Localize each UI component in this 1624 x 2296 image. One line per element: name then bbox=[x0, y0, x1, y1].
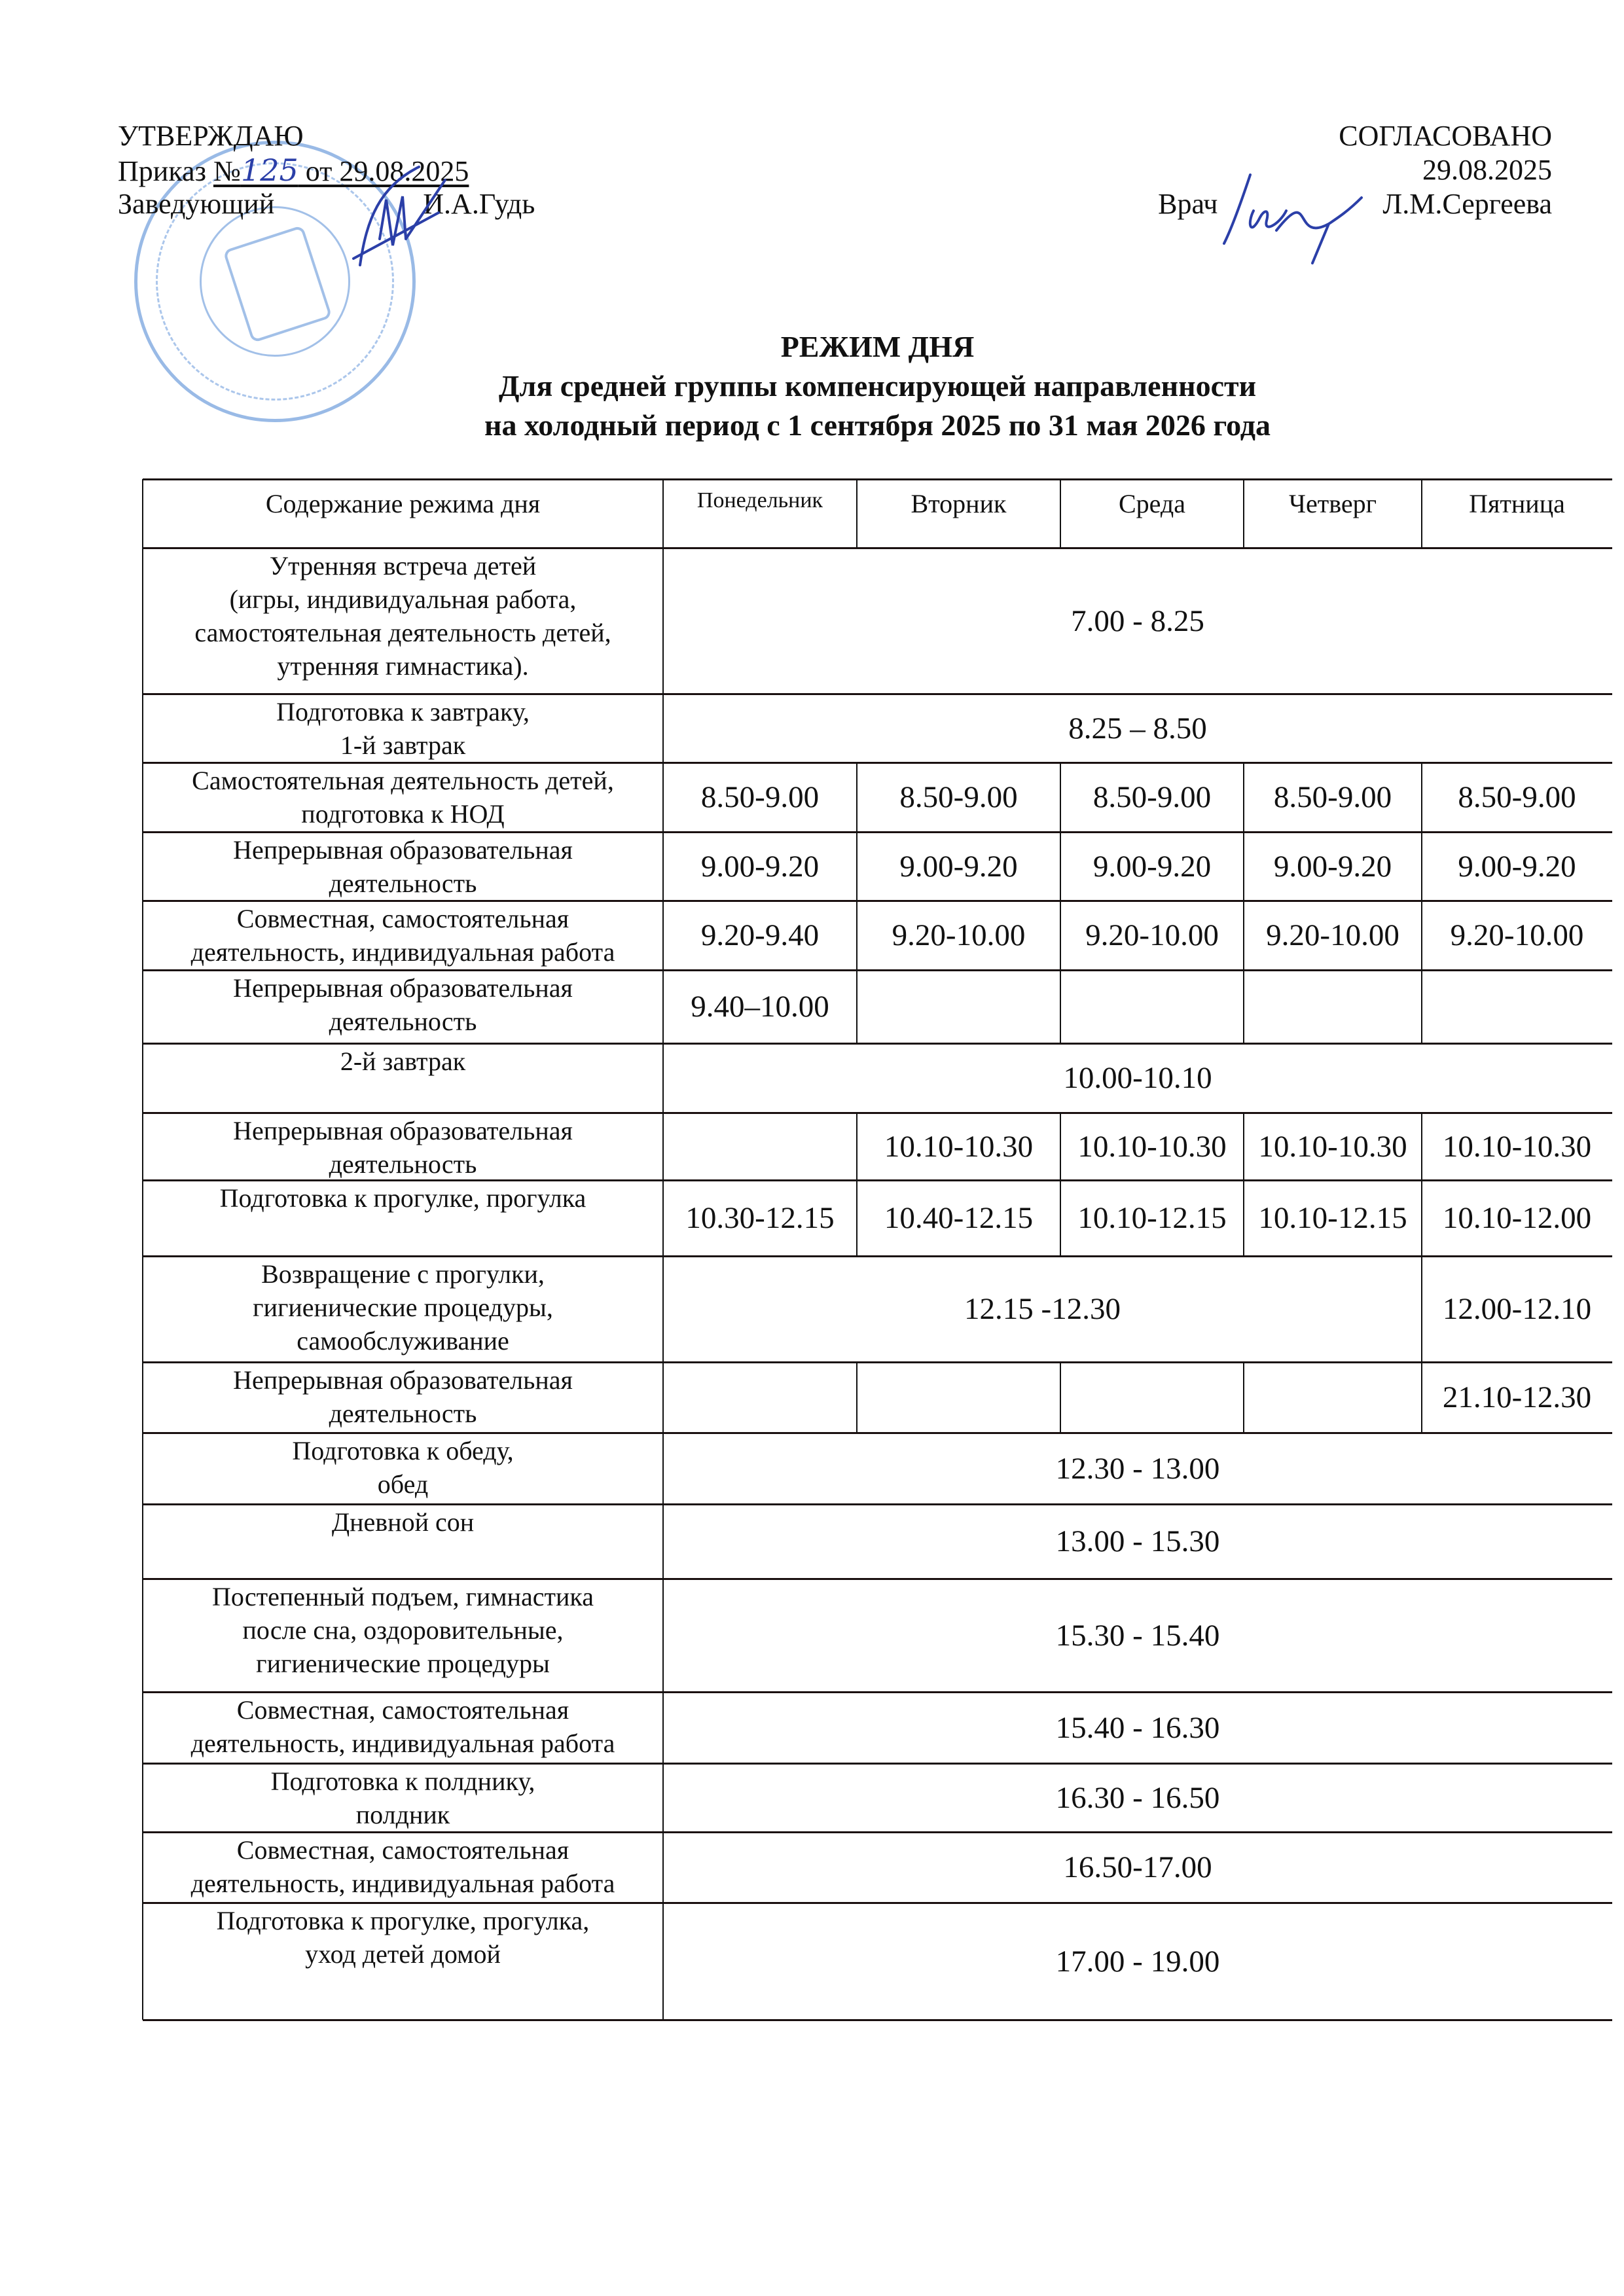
approval-block: УТВЕРЖДАЮ Приказ №125 от 29.08.2025 Заве… bbox=[118, 119, 535, 221]
column-header-day-text: Четверг bbox=[1289, 488, 1377, 519]
activity-label-text: Подготовка к прогулке, прогулка, уход де… bbox=[217, 1904, 590, 1971]
time-cell-text: 9.20-9.40 bbox=[701, 918, 819, 953]
activity-label: Непрерывная образовательная деятельность bbox=[143, 970, 663, 1043]
column-header-day: Пятница bbox=[1422, 479, 1612, 548]
time-cell-text: 8.50-9.00 bbox=[1458, 780, 1576, 815]
time-cell: 9.20-10.00 bbox=[1060, 901, 1244, 970]
time-cell: 9.00-9.20 bbox=[1422, 832, 1612, 901]
table-column-border bbox=[1421, 832, 1422, 901]
table-column-border bbox=[1060, 1362, 1061, 1433]
activity-label-text: Самостоятельная деятельность детей, подг… bbox=[192, 764, 614, 831]
time-cell: 9.40–10.00 bbox=[663, 970, 857, 1043]
table-column-border bbox=[1243, 832, 1244, 901]
activity-label-text: Совместная, самостоятельная деятельность… bbox=[191, 1833, 615, 1900]
activity-label-text: Совместная, самостоятельная деятельность… bbox=[191, 1693, 615, 1760]
activity-label: Возвращение с прогулки, гигиенические пр… bbox=[143, 1256, 663, 1362]
time-cell-text: 10.10-12.15 bbox=[1077, 1200, 1226, 1236]
time-cell: 9.20-10.00 bbox=[857, 901, 1060, 970]
time-cell: 8.50-9.00 bbox=[1422, 762, 1612, 832]
time-all-days: 8.25 – 8.50 bbox=[663, 694, 1612, 762]
time-all-days: 15.40 - 16.30 bbox=[663, 1692, 1612, 1763]
time-cell-text: 10.10-10.30 bbox=[884, 1129, 1033, 1164]
table-column-border bbox=[1060, 1113, 1061, 1180]
column-header-day: Четверг bbox=[1244, 479, 1422, 548]
page-title: РЕЖИМ ДНЯ bbox=[143, 327, 1612, 367]
time-cell: 10.10-10.30 bbox=[1060, 1113, 1244, 1180]
activity-label-text: Подготовка к обеду, обед bbox=[292, 1434, 513, 1501]
column-header-day-text: Вторник bbox=[911, 488, 1007, 519]
activity-label: Непрерывная образовательная деятельность bbox=[143, 1362, 663, 1433]
table-column-border bbox=[1243, 1113, 1244, 1180]
table-column-border bbox=[1060, 1180, 1061, 1256]
time-cell-text: 9.20-10.00 bbox=[1451, 918, 1584, 953]
time-all-days: 16.30 - 16.50 bbox=[663, 1763, 1612, 1832]
page-subtitle-period: на холодный период с 1 сентября 2025 по … bbox=[143, 406, 1612, 445]
table-column-border bbox=[1421, 1180, 1422, 1256]
time-cell-text: 10.10-12.00 bbox=[1443, 1200, 1591, 1236]
time-all-days-text: 8.25 – 8.50 bbox=[1068, 711, 1207, 746]
time-cell bbox=[663, 1113, 857, 1180]
time-all-days: 7.00 - 8.25 bbox=[663, 548, 1612, 694]
table-column-border bbox=[1421, 1362, 1422, 1433]
activity-label-text: Возвращение с прогулки, гигиенические пр… bbox=[253, 1257, 553, 1357]
order-number-handwritten: 125 bbox=[241, 152, 298, 188]
time-cell: 9.00-9.20 bbox=[663, 832, 857, 901]
table-column-border bbox=[856, 832, 857, 901]
table-column-border bbox=[1243, 762, 1244, 832]
time-all-days-text: 17.00 - 19.00 bbox=[1056, 1944, 1220, 1979]
activity-label-text: Подготовка к полднику, полдник bbox=[271, 1765, 535, 1831]
table-column-border bbox=[856, 901, 857, 970]
table-column-border bbox=[1421, 1113, 1422, 1180]
time-cell: 21.10-12.30 bbox=[1422, 1362, 1612, 1433]
time-mon-thu: 12.15 -12.30 bbox=[663, 1256, 1422, 1362]
column-header-activity-text: Содержание режима дня bbox=[266, 488, 540, 519]
time-fri-text: 12.00-12.10 bbox=[1443, 1291, 1591, 1327]
table-column-border bbox=[1243, 901, 1244, 970]
table-column-border bbox=[1421, 479, 1422, 548]
coat-of-arms-icon bbox=[223, 225, 332, 343]
time-all-days: 13.00 - 15.30 bbox=[663, 1504, 1612, 1579]
doctor-name: Л.М.Сергеева bbox=[1382, 188, 1552, 220]
time-all-days: 10.00-10.10 bbox=[663, 1043, 1612, 1113]
time-cell-text: 9.00-9.20 bbox=[701, 849, 819, 884]
column-header-day-text: Пятница bbox=[1469, 488, 1565, 519]
table-column-border bbox=[1060, 762, 1061, 832]
table-column-border bbox=[856, 762, 857, 832]
time-cell-text: 9.20-10.00 bbox=[1266, 918, 1399, 953]
time-cell bbox=[857, 970, 1060, 1043]
time-all-days-text: 12.30 - 13.00 bbox=[1056, 1451, 1220, 1486]
table-column-border bbox=[856, 1362, 857, 1433]
time-cell bbox=[1244, 970, 1422, 1043]
time-cell-text: 10.10-10.30 bbox=[1077, 1129, 1226, 1164]
time-cell: 8.50-9.00 bbox=[1244, 762, 1422, 832]
time-cell-text: 10.30-12.15 bbox=[685, 1200, 834, 1236]
time-cell: 8.50-9.00 bbox=[857, 762, 1060, 832]
table-column-border bbox=[856, 1180, 857, 1256]
table-column-border bbox=[1421, 901, 1422, 970]
activity-label: Совместная, самостоятельная деятельность… bbox=[143, 1692, 663, 1763]
table-column-border bbox=[1060, 970, 1061, 1043]
time-cell: 10.10-10.30 bbox=[1422, 1113, 1612, 1180]
activity-label: Утренняя встреча детей (игры, индивидуал… bbox=[143, 548, 663, 694]
table-column-border bbox=[1243, 970, 1244, 1043]
order-number-label: № bbox=[213, 155, 241, 187]
time-fri: 12.00-12.10 bbox=[1422, 1256, 1612, 1362]
time-all-days: 17.00 - 19.00 bbox=[663, 1903, 1612, 2020]
time-cell bbox=[1060, 1362, 1244, 1433]
time-all-days-text: 15.30 - 15.40 bbox=[1056, 1618, 1220, 1653]
activity-label: Постепенный подъем, гимнастика после сна… bbox=[143, 1579, 663, 1692]
column-header-day: Понедельник bbox=[663, 479, 857, 548]
table-column-border bbox=[1421, 762, 1422, 832]
head-signature-line: Заведующий И.А.Гудь bbox=[118, 187, 535, 221]
activity-label-text: 2-й завтрак bbox=[340, 1045, 465, 1078]
activity-label-text: Дневной сон bbox=[332, 1505, 474, 1539]
head-signature-icon bbox=[340, 160, 452, 272]
table-column-border bbox=[1243, 1362, 1244, 1433]
agreement-heading: СОГЛАСОВАНО bbox=[1158, 119, 1552, 153]
column-header-day: Вторник bbox=[857, 479, 1060, 548]
column-header-day: Среда bbox=[1060, 479, 1244, 548]
time-all-days: 15.30 - 15.40 bbox=[663, 1579, 1612, 1692]
time-all-days: 16.50-17.00 bbox=[663, 1832, 1612, 1903]
table-column-border bbox=[1421, 1256, 1422, 1362]
time-cell bbox=[1060, 970, 1244, 1043]
time-cell-text: 10.10-12.15 bbox=[1258, 1200, 1407, 1236]
table-column-border bbox=[1243, 1180, 1244, 1256]
table-column-border bbox=[1421, 970, 1422, 1043]
time-cell-text: 8.50-9.00 bbox=[1093, 780, 1211, 815]
table-column-border bbox=[1243, 479, 1244, 548]
time-cell-text: 9.40–10.00 bbox=[691, 989, 829, 1024]
time-cell-text: 8.50-9.00 bbox=[899, 780, 1017, 815]
activity-label: 2-й завтрак bbox=[143, 1043, 663, 1113]
time-cell-text: 10.10-10.30 bbox=[1258, 1129, 1407, 1164]
doctor-signature-icon bbox=[1214, 171, 1371, 270]
table-column-border bbox=[1060, 901, 1061, 970]
time-cell: 9.20-9.40 bbox=[663, 901, 857, 970]
time-cell: 9.00-9.20 bbox=[1244, 832, 1422, 901]
time-cell: 8.50-9.00 bbox=[663, 762, 857, 832]
activity-label-text: Непрерывная образовательная деятельность bbox=[233, 1114, 573, 1181]
time-cell: 10.10-10.30 bbox=[1244, 1113, 1422, 1180]
time-cell bbox=[857, 1362, 1060, 1433]
time-cell-text: 8.50-9.00 bbox=[1274, 780, 1392, 815]
time-cell-text: 9.20-10.00 bbox=[1085, 918, 1219, 953]
time-cell: 10.10-12.15 bbox=[1244, 1180, 1422, 1256]
activity-label: Непрерывная образовательная деятельность bbox=[143, 832, 663, 901]
table-column-border bbox=[856, 479, 857, 548]
time-cell: 10.10-12.00 bbox=[1422, 1180, 1612, 1256]
time-cell-text: 10.10-10.30 bbox=[1443, 1129, 1591, 1164]
time-cell-text: 9.00-9.20 bbox=[1458, 849, 1576, 884]
activity-label-text: Утренняя встреча детей (игры, индивидуал… bbox=[194, 549, 611, 683]
activity-label-text: Непрерывная образовательная деятельность bbox=[233, 1363, 573, 1430]
time-cell: 9.00-9.20 bbox=[1060, 832, 1244, 901]
time-cell: 10.40-12.15 bbox=[857, 1180, 1060, 1256]
time-cell: 9.20-10.00 bbox=[1422, 901, 1612, 970]
time-all-days-text: 7.00 - 8.25 bbox=[1071, 603, 1204, 639]
time-cell: 10.10-12.15 bbox=[1060, 1180, 1244, 1256]
time-cell-text: 8.50-9.00 bbox=[701, 780, 819, 815]
approval-heading: УТВЕРЖДАЮ bbox=[118, 119, 535, 153]
activity-label-text: Подготовка к прогулке, прогулка bbox=[220, 1181, 586, 1215]
order-prefix: Приказ bbox=[118, 155, 213, 187]
time-cell: 9.20-10.00 bbox=[1244, 901, 1422, 970]
page-subtitle-group: Для средней группы компенсирующей направ… bbox=[143, 367, 1612, 406]
time-cell: 8.50-9.00 bbox=[1060, 762, 1244, 832]
activity-label: Дневной сон bbox=[143, 1504, 663, 1579]
column-header-activity: Содержание режима дня bbox=[143, 479, 663, 548]
time-cell: 10.30-12.15 bbox=[663, 1180, 857, 1256]
column-header-day-text: Понедельник bbox=[697, 488, 823, 513]
activity-label: Подготовка к обеду, обед bbox=[143, 1433, 663, 1504]
activity-label: Подготовка к завтраку, 1-й завтрак bbox=[143, 694, 663, 762]
activity-label-text: Подготовка к завтраку, 1-й завтрак bbox=[276, 695, 530, 762]
activity-label-text: Непрерывная образовательная деятельность bbox=[233, 971, 573, 1038]
activity-label: Совместная, самостоятельная деятельность… bbox=[143, 1832, 663, 1903]
time-cell-text: 21.10-12.30 bbox=[1443, 1380, 1591, 1415]
table-column-border bbox=[1060, 479, 1061, 548]
head-position: Заведующий bbox=[118, 188, 274, 220]
activity-label-text: Постепенный подъем, гимнастика после сна… bbox=[212, 1580, 594, 1680]
order-line: Приказ №125 от 29.08.2025 bbox=[118, 153, 535, 187]
table-column-border bbox=[856, 970, 857, 1043]
doctor-position: Врач bbox=[1158, 188, 1218, 220]
time-cell-text: 9.00-9.20 bbox=[1274, 849, 1392, 884]
time-all-days-text: 10.00-10.10 bbox=[1063, 1060, 1212, 1096]
time-cell bbox=[1422, 970, 1612, 1043]
time-cell-text: 10.40-12.15 bbox=[884, 1200, 1033, 1236]
activity-label: Подготовка к прогулке, прогулка bbox=[143, 1180, 663, 1256]
activity-label: Самостоятельная деятельность детей, подг… bbox=[143, 762, 663, 832]
table-column-border bbox=[856, 1113, 857, 1180]
time-all-days: 12.30 - 13.00 bbox=[663, 1433, 1612, 1504]
activity-label: Непрерывная образовательная деятельность bbox=[143, 1113, 663, 1180]
time-all-days-text: 16.30 - 16.50 bbox=[1056, 1780, 1220, 1816]
table-column-border bbox=[1060, 832, 1061, 901]
time-cell: 10.10-10.30 bbox=[857, 1113, 1060, 1180]
activity-label-text: Совместная, самостоятельная деятельность… bbox=[191, 902, 615, 969]
time-cell-text: 9.00-9.20 bbox=[899, 849, 1017, 884]
time-all-days-text: 16.50-17.00 bbox=[1063, 1850, 1212, 1885]
activity-label: Подготовка к прогулке, прогулка, уход де… bbox=[143, 1903, 663, 2020]
time-all-days-text: 13.00 - 15.30 bbox=[1056, 1524, 1220, 1559]
activity-label: Совместная, самостоятельная деятельность… bbox=[143, 901, 663, 970]
activity-label-text: Непрерывная образовательная деятельность bbox=[233, 833, 573, 900]
time-all-days-text: 15.40 - 16.30 bbox=[1056, 1710, 1220, 1746]
time-mon-thu-text: 12.15 -12.30 bbox=[964, 1291, 1121, 1327]
time-cell bbox=[663, 1362, 857, 1433]
time-cell-text: 9.00-9.20 bbox=[1093, 849, 1211, 884]
time-cell-text: 9.20-10.00 bbox=[892, 918, 1026, 953]
column-header-day-text: Среда bbox=[1119, 488, 1185, 519]
time-cell bbox=[1244, 1362, 1422, 1433]
activity-label: Подготовка к полднику, полдник bbox=[143, 1763, 663, 1832]
time-cell: 9.00-9.20 bbox=[857, 832, 1060, 901]
